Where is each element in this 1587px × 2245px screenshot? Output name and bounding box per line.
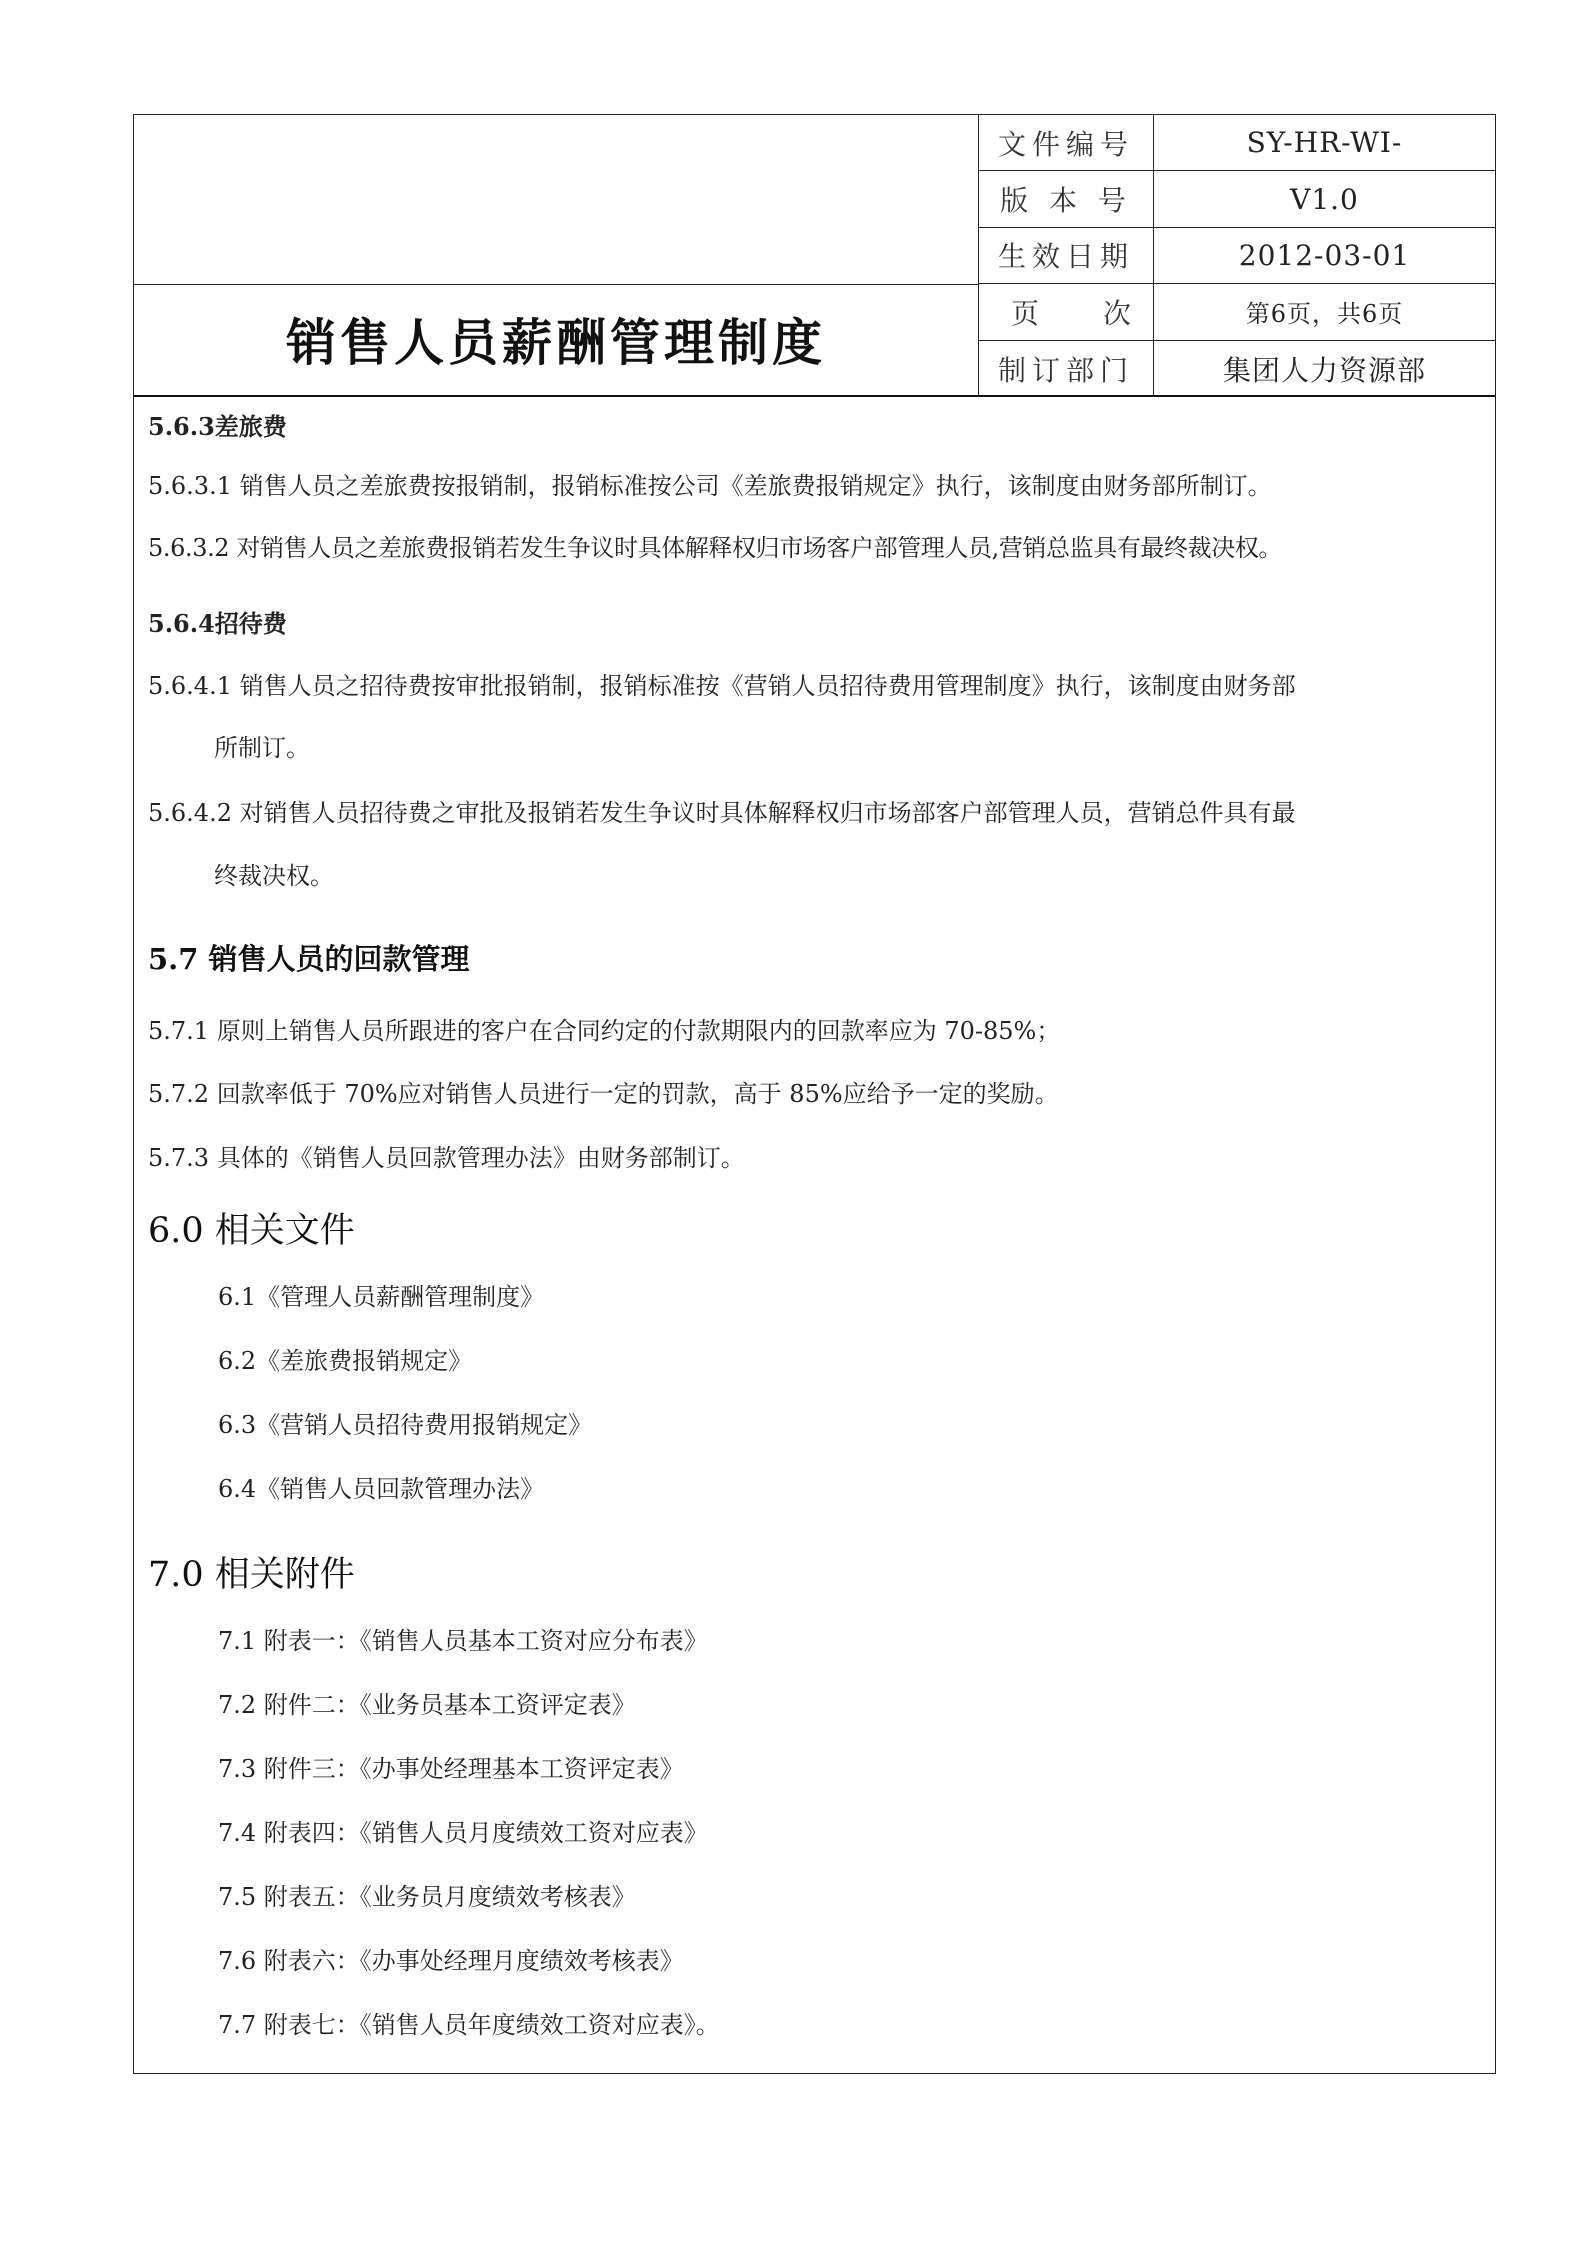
attachment-item: 7.4 附表四：《销售人员月度绩效工资对应表》: [218, 1813, 708, 1848]
related-doc-item: 6.2《差旅费报销规定》: [218, 1341, 472, 1376]
paragraph-5-6-4-2: 5.6.4.2 对销售人员招待费之审批及报销若发生争议时具体解释权归市场部客户部…: [148, 793, 1296, 828]
paragraph-5-7-1: 5.7.1 原则上销售人员所跟进的客户在合同约定的付款期限内的回款率应为 70-…: [148, 1011, 1060, 1046]
meta-row-doc-number: 文件编号 SY-HR-WI-: [979, 115, 1495, 171]
paragraph-5-6-4-1-cont: 所制订。: [214, 728, 310, 763]
attachment-item: 7.7 附表七：《销售人员年度绩效工资对应表》。: [218, 2005, 720, 2040]
related-doc-item: 6.3《营销人员招待费用报销规定》: [218, 1405, 592, 1440]
paragraph-5-6-3-2: 5.6.3.2 对销售人员之差旅费报销若发生争议时具体解释权归市场客户部管理人员…: [148, 528, 1282, 563]
meta-row-department: 制订部门 集团人力资源部: [979, 341, 1495, 397]
meta-value: 第6页，共6页: [1154, 284, 1495, 339]
meta-value: 集团人力资源部: [1154, 341, 1495, 397]
meta-label: 制订部门: [979, 341, 1154, 397]
attachment-item: 7.5 附表五：《业务员月度绩效考核表》: [218, 1877, 636, 1912]
header-left-cell: 销售人员薪酬管理制度: [134, 115, 979, 395]
section-heading-5-6-4: 5.6.4招待费: [148, 604, 287, 639]
paragraph-5-7-3: 5.7.3 具体的《销售人员回款管理办法》由财务部制订。: [148, 1138, 745, 1173]
meta-row-page: 页次 第6页，共6页: [979, 284, 1495, 340]
related-doc-item: 6.1《管理人员薪酬管理制度》: [218, 1277, 544, 1312]
meta-label: 文件编号: [979, 115, 1154, 170]
section-heading-7-0: 7.0 相关附件: [148, 1547, 355, 1597]
document-page: 销售人员薪酬管理制度 文件编号 SY-HR-WI- 版 本 号 V1.0 生效日…: [133, 114, 1496, 2074]
meta-label: 页次: [979, 284, 1154, 339]
meta-label: 版 本 号: [979, 171, 1154, 226]
section-heading-5-6-3: 5.6.3差旅费: [148, 407, 287, 442]
paragraph-5-6-4-1: 5.6.4.1 销售人员之招待费按审批报销制，报销标准按《营销人员招待费用管理制…: [148, 666, 1296, 701]
meta-label: 生效日期: [979, 228, 1154, 283]
meta-row-effective-date: 生效日期 2012-03-01: [979, 228, 1495, 284]
related-doc-item: 6.4《销售人员回款管理办法》: [218, 1469, 544, 1504]
attachment-item: 7.2 附件二：《业务员基本工资评定表》: [218, 1685, 636, 1720]
section-heading-6-0: 6.0 相关文件: [148, 1203, 355, 1253]
document-body: 5.6.3差旅费 5.6.3.1 销售人员之差旅费按报销制，报销标准按公司《差旅…: [134, 397, 1495, 2073]
paragraph-5-7-2: 5.7.2 回款率低于 70%应对销售人员进行一定的罚款，高于 85%应给予一定…: [148, 1074, 1059, 1109]
meta-value: 2012-03-01: [1154, 228, 1495, 283]
attachment-item: 7.6 附表六：《办事处经理月度绩效考核表》: [218, 1941, 684, 1976]
attachment-item: 7.3 附件三：《办事处经理基本工资评定表》: [218, 1749, 684, 1784]
section-heading-5-7: 5.7 销售人员的回款管理: [148, 937, 470, 978]
document-header-table: 销售人员薪酬管理制度 文件编号 SY-HR-WI- 版 本 号 V1.0 生效日…: [134, 115, 1495, 397]
paragraph-5-6-3-1: 5.6.3.1 销售人员之差旅费按报销制，报销标准按公司《差旅费报销规定》执行，…: [148, 466, 1272, 501]
meta-row-version: 版 本 号 V1.0: [979, 171, 1495, 227]
meta-value: V1.0: [1154, 171, 1495, 226]
logo-area: [134, 115, 978, 285]
paragraph-5-6-4-2-cont: 终裁决权。: [214, 856, 334, 891]
meta-value: SY-HR-WI-: [1154, 115, 1495, 170]
document-title: 销售人员薪酬管理制度: [134, 285, 978, 397]
document-meta-table: 文件编号 SY-HR-WI- 版 本 号 V1.0 生效日期 2012-03-0…: [979, 115, 1495, 395]
attachment-item: 7.1 附表一：《销售人员基本工资对应分布表》: [218, 1621, 708, 1656]
